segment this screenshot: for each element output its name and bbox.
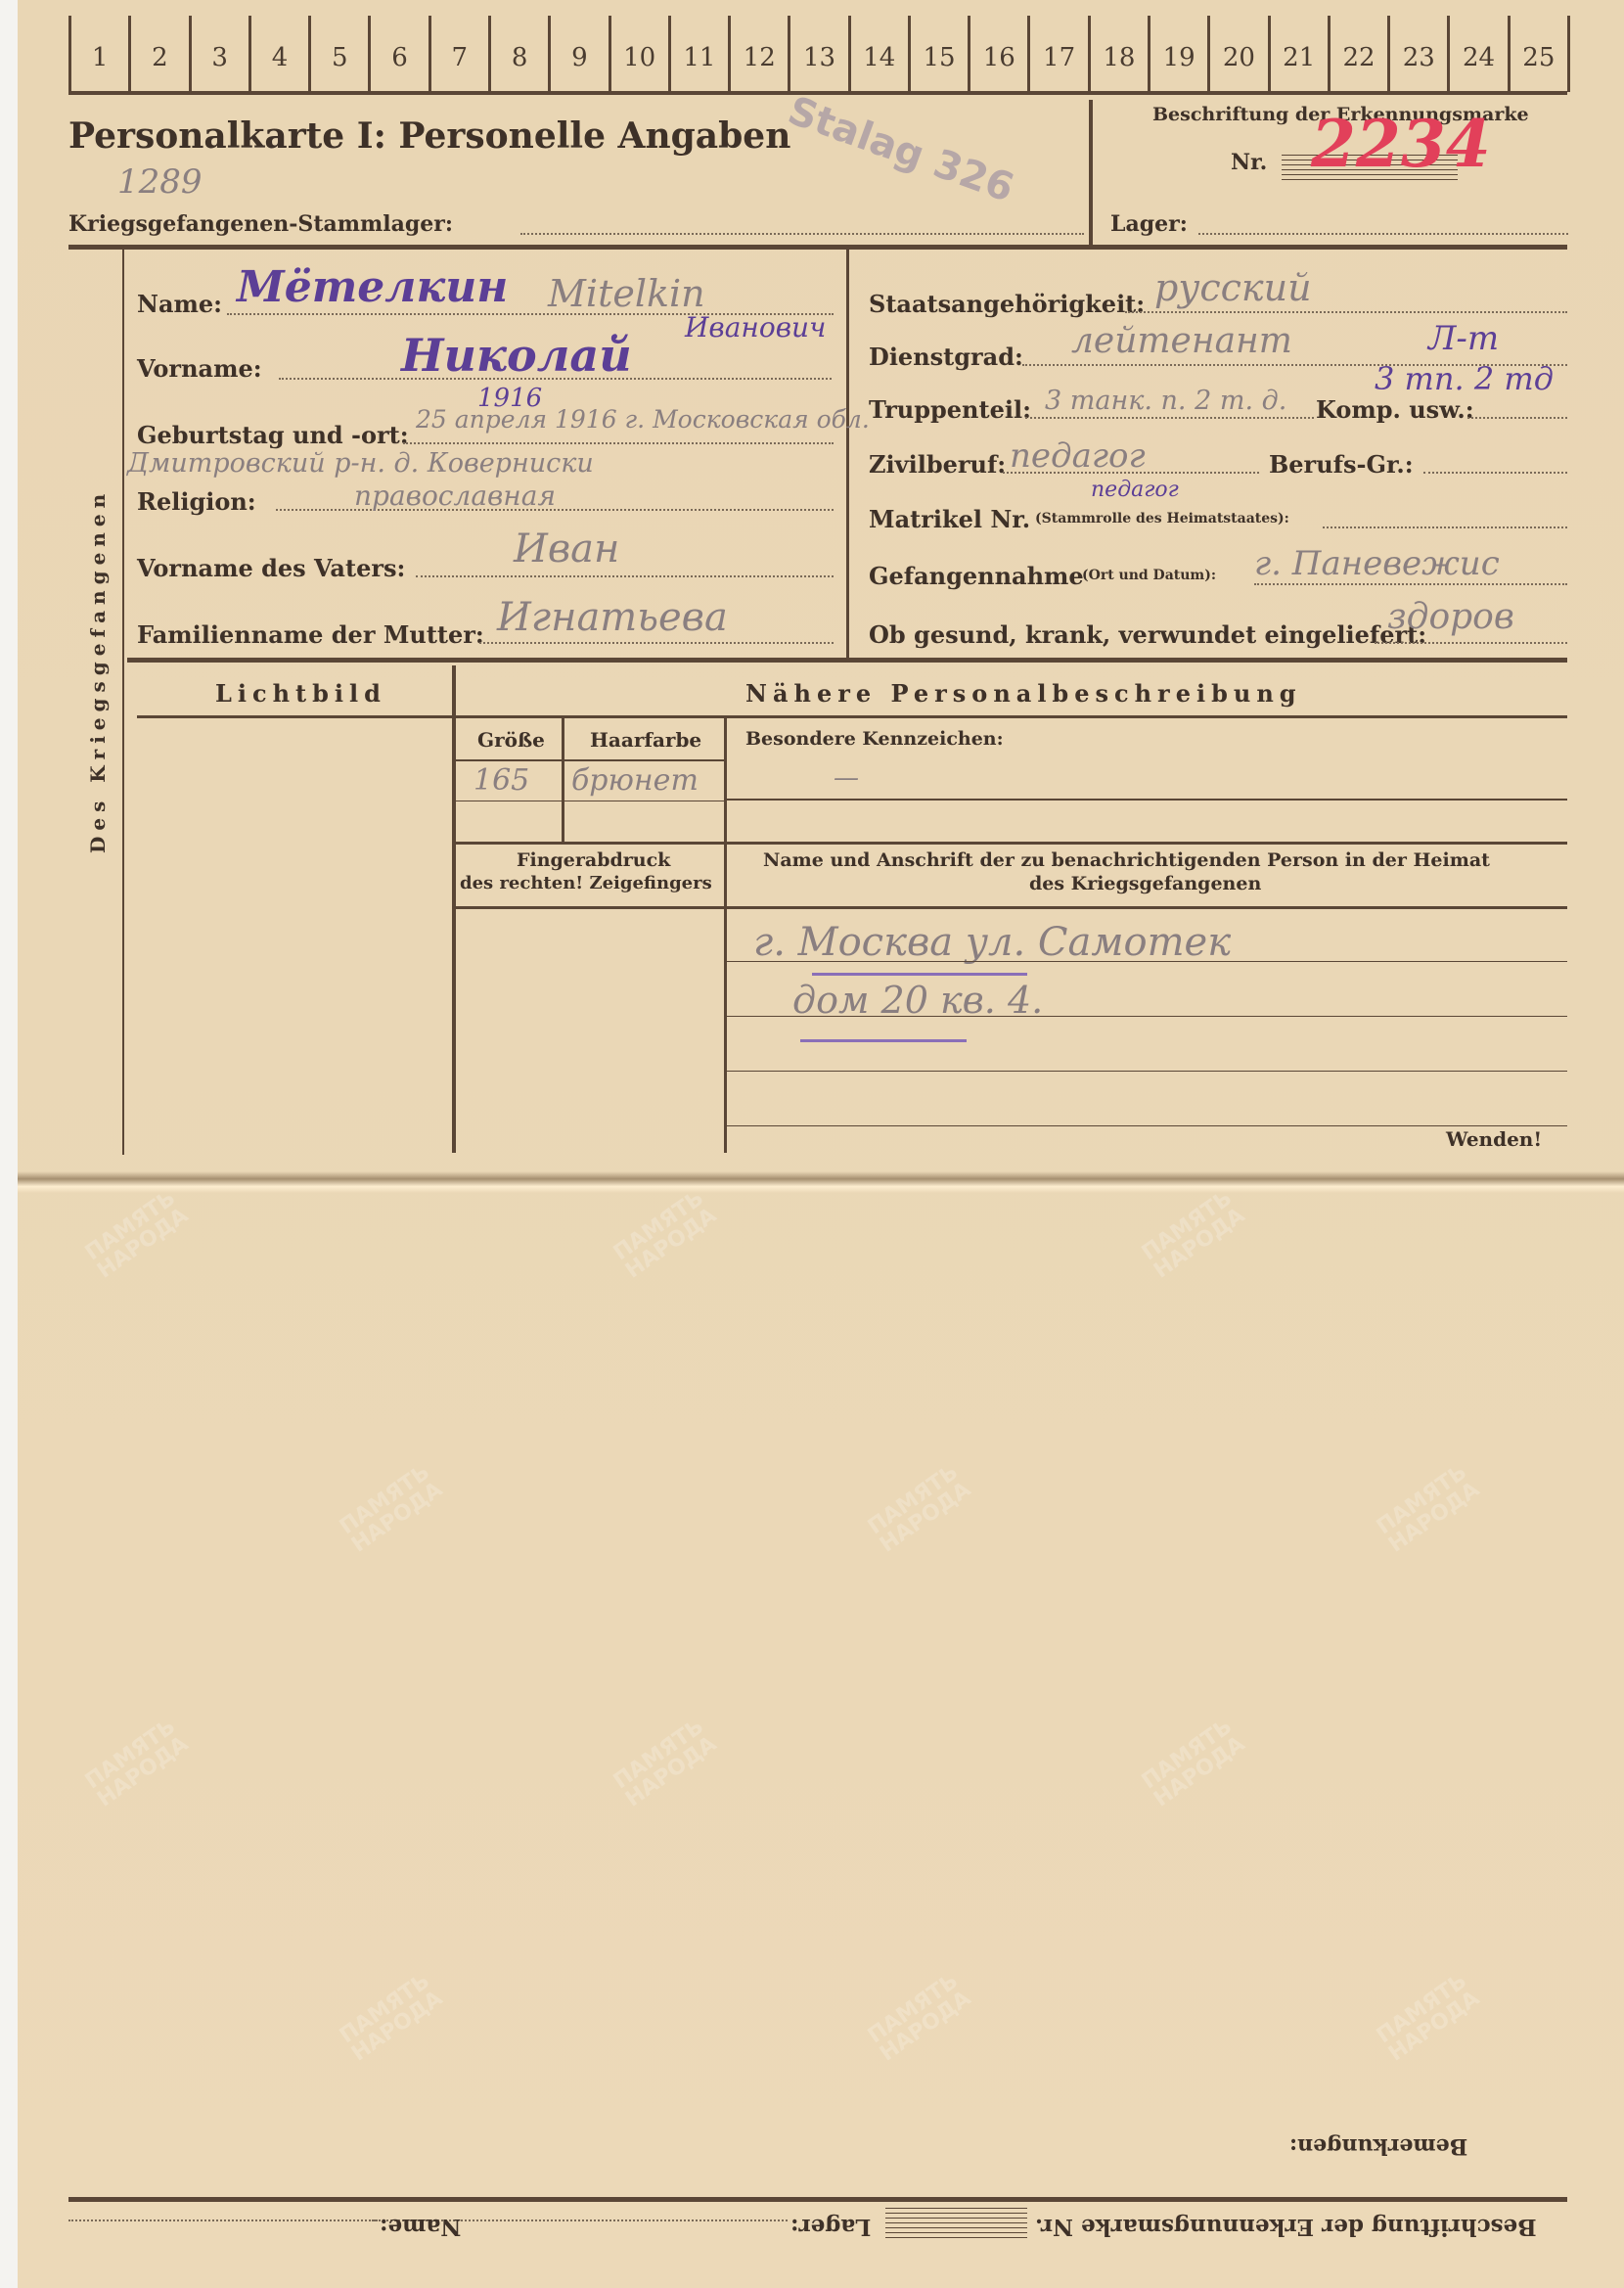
kennzeichen-value: — xyxy=(834,763,859,793)
back-nr-lines xyxy=(885,2208,1027,2239)
zivilberuf-note: педагог xyxy=(1091,478,1179,502)
anschrift-line-1: г. Москва ул. Самотек xyxy=(753,920,1231,965)
ruler-number: 23 xyxy=(1390,43,1447,88)
geburt-label: Geburtstag und -ort: xyxy=(137,421,409,449)
vater-value: Иван xyxy=(514,526,619,572)
mutter-value: Игнатьева xyxy=(497,595,728,640)
ruler-number: 22 xyxy=(1331,43,1387,88)
truppenteil-label: Truppenteil: xyxy=(869,395,1031,424)
religion-value: православная xyxy=(354,480,556,512)
ruler-number: 12 xyxy=(731,43,788,88)
ruler-number: 19 xyxy=(1150,43,1207,88)
paper-fold xyxy=(18,1171,1624,1193)
vorname-label: Vorname: xyxy=(137,354,262,383)
gefangennahme-label: Gefangennahme xyxy=(869,562,1084,590)
lager-label: Lager: xyxy=(1110,211,1188,237)
ruler-tick xyxy=(1567,16,1570,92)
ruler-number: 2 xyxy=(131,43,188,88)
back-beschriftung-label: Beschriftung der Erkennungsmarke Nr. xyxy=(1035,2214,1537,2240)
stammlager-field xyxy=(520,233,1084,235)
ruler-number: 7 xyxy=(431,43,488,88)
ruler-number: 8 xyxy=(491,43,548,88)
fingerabdruck-label: Fingerabdruck xyxy=(517,849,670,871)
berufs-gr-label: Berufs-Gr.: xyxy=(1269,450,1414,479)
back-name-label: Name: xyxy=(380,2214,461,2240)
vater-label: Vorname des Vaters: xyxy=(137,554,405,582)
haarfarbe-label: Haarfarbe xyxy=(590,728,701,752)
staat-label: Staatsangehörigkeit: xyxy=(869,290,1145,318)
header-divider xyxy=(1089,100,1093,245)
geburt-value: 25 апреля 1916 г. Московская обл. xyxy=(416,405,870,434)
middle-divider xyxy=(846,250,849,661)
lager-field xyxy=(1198,233,1568,235)
matrikel-label: Matrikel Nr. xyxy=(869,505,1030,533)
anschrift-underline-2 xyxy=(800,1039,967,1042)
wenden-label: Wenden! xyxy=(1446,1127,1542,1151)
ruler-number: 4 xyxy=(251,43,308,88)
groesse-value: 165 xyxy=(474,763,529,798)
truppenteil-value: 3 танк. п. 2 т. д. xyxy=(1045,386,1286,416)
haarfarbe-value: брюнет xyxy=(571,763,699,798)
lichtbild-heading: Lichtbild xyxy=(215,679,386,708)
dienstgrad-value: лейтенант xyxy=(1071,321,1292,361)
groesse-label: Größe xyxy=(477,728,545,752)
ruler-number: 10 xyxy=(611,43,668,88)
ruler-number: 17 xyxy=(1030,43,1087,88)
ruler-number: 11 xyxy=(671,43,728,88)
mutter-label: Familienname der Mutter: xyxy=(137,620,484,649)
nr-label: Nr. xyxy=(1231,150,1267,175)
kennzeichen-label: Besondere Kennzeichen: xyxy=(745,728,1004,750)
anschrift-underline-1 xyxy=(812,973,1027,976)
ruler-number: 25 xyxy=(1511,43,1567,88)
staat-value: русский xyxy=(1154,266,1312,309)
back-lager-label: Lager: xyxy=(790,2214,871,2240)
zivilberuf-label: Zivilberuf: xyxy=(869,450,1006,479)
name-latin-value: Mitelkin xyxy=(548,272,705,315)
ruler-number: 21 xyxy=(1271,43,1328,88)
komp-value: 3 тп. 2 тд xyxy=(1375,360,1554,397)
card-number-handwritten: 1289 xyxy=(117,162,203,202)
komp-label: Komp. usw.: xyxy=(1316,395,1474,424)
ruler-number: 1 xyxy=(71,43,128,88)
anschrift-label: Name und Anschrift der zu benachrichtige… xyxy=(763,849,1490,871)
ruler-number: 15 xyxy=(911,43,968,88)
bemerkungen-label: Bemerkungen: xyxy=(1289,2133,1467,2159)
name-label: Name: xyxy=(137,290,222,318)
religion-label: Religion: xyxy=(137,487,256,516)
ruler-number: 20 xyxy=(1210,43,1267,88)
ruler-number: 24 xyxy=(1450,43,1507,88)
ruler-number: 6 xyxy=(371,43,428,88)
ruler-number: 3 xyxy=(192,43,248,88)
beschreibung-heading: Nähere Personalbeschreibung xyxy=(745,679,1302,708)
erkennungsmarke-number: 2234 xyxy=(1311,106,1491,182)
geburt-value-line2: Дмитровский р-н. д. Коверниски xyxy=(127,448,594,479)
card-title: Personalkarte I: Personelle Angaben xyxy=(68,115,790,157)
matrikel-sublabel: (Stammrolle des Heimatstaates): xyxy=(1035,511,1289,526)
ruler-number: 13 xyxy=(790,43,847,88)
gesund-value: здоров xyxy=(1387,597,1514,637)
gefangennahme-sublabel: (Ort und Datum): xyxy=(1082,568,1216,583)
fingerabdruck-sublabel: des rechten! Zeigefingers xyxy=(460,873,712,893)
ruler-number: 9 xyxy=(551,43,608,88)
gefangennahme-value: г. Паневежис xyxy=(1254,544,1500,583)
dienstgrad-label: Dienstgrad: xyxy=(869,343,1023,371)
name-value: Мётелкин xyxy=(237,262,508,312)
stammlager-label: Kriegsgefangenen-Stammlager: xyxy=(68,211,453,237)
ruler-number: 5 xyxy=(311,43,368,88)
ruler-number: 18 xyxy=(1091,43,1148,88)
anschrift-sublabel: des Kriegsgefangenen xyxy=(1029,873,1261,894)
gesund-label: Ob gesund, krank, verwundet eingeliefert… xyxy=(869,620,1426,649)
patronymic-value: Иванович xyxy=(685,311,826,343)
dienstgrad-note: Л-т xyxy=(1428,319,1499,358)
ruler-number: 14 xyxy=(851,43,908,88)
zivilberuf-value: педагог xyxy=(1010,436,1146,476)
ruler-number: 16 xyxy=(970,43,1027,88)
side-label-des-kriegsgefangenen: Des Kriegsgefangenen xyxy=(86,540,110,853)
vorname-value: Николай xyxy=(401,329,632,382)
